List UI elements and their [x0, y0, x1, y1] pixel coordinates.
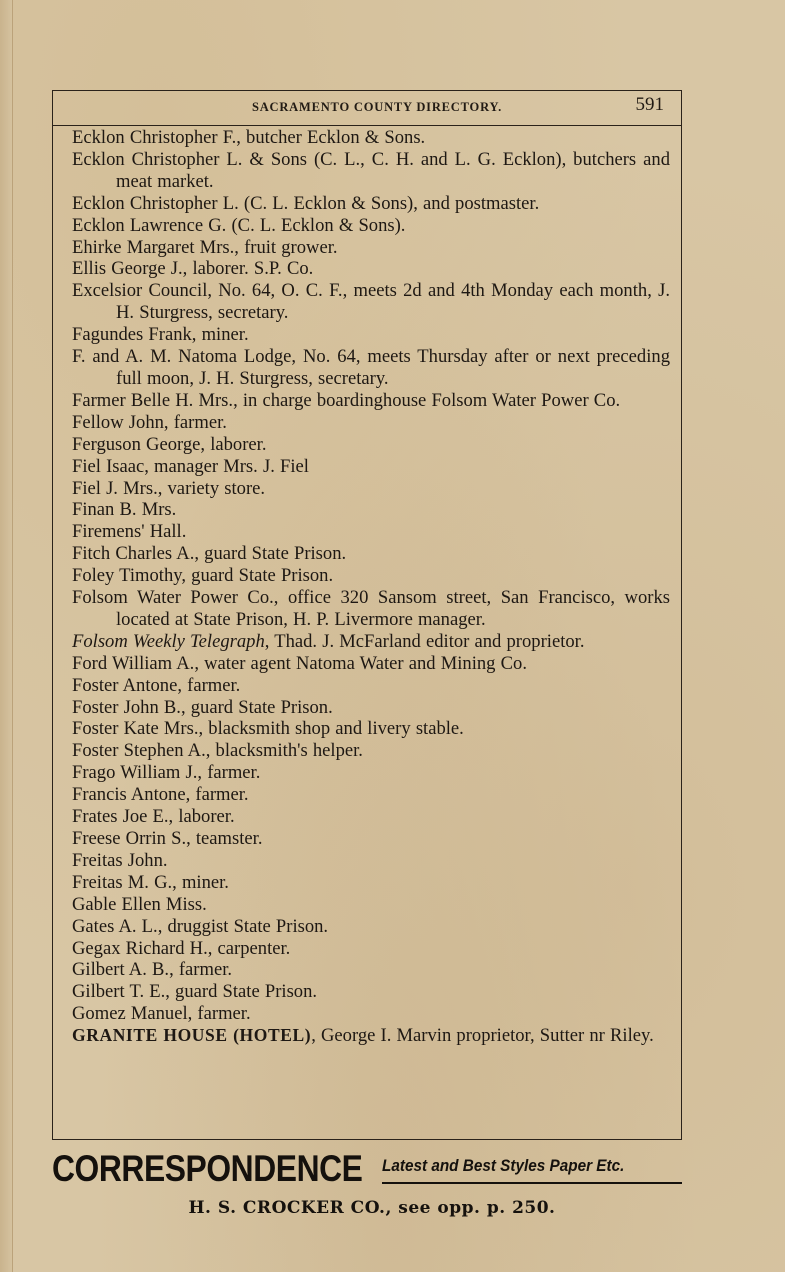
directory-entry: F. and A. M. Natoma Lodge, No. 64, meets…	[72, 346, 670, 390]
ad-subline: H. S. CROCKER CO., see opp. p. 250.	[52, 1198, 692, 1218]
directory-entry: Freitas M. G., miner.	[72, 872, 670, 894]
directory-entry: Ferguson George, laborer.	[72, 434, 670, 456]
directory-entry: Fagundes Frank, miner.	[72, 324, 670, 346]
running-head: Sacramento County Directory. 591	[52, 90, 682, 126]
directory-entry: Gilbert A. B., farmer.	[72, 959, 670, 981]
directory-entry: Fellow John, farmer.	[72, 412, 670, 434]
directory-entry: Foster John B., guard State Prison.	[72, 697, 670, 719]
directory-entry: Folsom Weekly Telegraph, Thad. J. McFarl…	[72, 631, 670, 653]
directory-entry: Farmer Belle H. Mrs., in charge boarding…	[72, 390, 670, 412]
directory-entry: Frates Joe E., laborer.	[72, 806, 670, 828]
directory-entry: Gable Ellen Miss.	[72, 894, 670, 916]
directory-entry: Fiel J. Mrs., variety store.	[72, 478, 670, 500]
running-title: Sacramento County Directory.	[52, 100, 682, 115]
advertisement-footer: CORRESPONDENCE Latest and Best Styles Pa…	[52, 1148, 692, 1238]
directory-entry: Foley Timothy, guard State Prison.	[72, 565, 670, 587]
directory-entries: Ecklon Christopher F., butcher Ecklon & …	[72, 127, 670, 1047]
ad-underline-rule	[382, 1182, 682, 1184]
directory-entry: Finan B. Mrs.	[72, 499, 670, 521]
directory-entry: Ecklon Christopher L. & Sons (C. L., C. …	[72, 149, 670, 193]
directory-entry: Folsom Water Power Co., office 320 Sanso…	[72, 587, 670, 631]
directory-entry: Foster Kate Mrs., blacksmith shop and li…	[72, 718, 670, 740]
directory-entry: GRANITE HOUSE (HOTEL), George I. Marvin …	[72, 1025, 670, 1047]
directory-entry: Freitas John.	[72, 850, 670, 872]
directory-entry: Firemens' Hall.	[72, 521, 670, 543]
directory-entry: Foster Antone, farmer.	[72, 675, 670, 697]
directory-entry: Ford William A., water agent Natoma Wate…	[72, 653, 670, 675]
directory-entry: Gilbert T. E., guard State Prison.	[72, 981, 670, 1003]
directory-entry: Fiel Isaac, manager Mrs. J. Fiel	[72, 456, 670, 478]
directory-entry: Freese Orrin S., teamster.	[72, 828, 670, 850]
directory-entry: Gates A. L., druggist State Prison.	[72, 916, 670, 938]
directory-entry: Gomez Manuel, farmer.	[72, 1003, 670, 1025]
directory-entry: Ecklon Lawrence G. (C. L. Ecklon & Sons)…	[72, 215, 670, 237]
newspaper-title: Folsom Weekly Telegraph	[72, 631, 265, 652]
directory-entry: Fitch Charles A., guard State Prison.	[72, 543, 670, 565]
business-name: GRANITE HOUSE (HOTEL)	[72, 1025, 311, 1045]
directory-entry: Frago William J., farmer.	[72, 762, 670, 784]
directory-entry: Ecklon Christopher F., butcher Ecklon & …	[72, 127, 670, 149]
ad-headline: CORRESPONDENCE	[52, 1148, 362, 1190]
directory-entry: Excelsior Council, No. 64, O. C. F., mee…	[72, 280, 670, 324]
page-number: 591	[636, 94, 665, 116]
page-binding-edge	[0, 0, 13, 1272]
directory-entry: Gegax Richard H., carpenter.	[72, 938, 670, 960]
directory-entry: Ellis George J., laborer. S.P. Co.	[72, 258, 670, 280]
directory-entry: Ehirke Margaret Mrs., fruit grower.	[72, 237, 670, 259]
directory-entry: Foster Stephen A., blacksmith's helper.	[72, 740, 670, 762]
directory-entry: Francis Antone, farmer.	[72, 784, 670, 806]
ad-tagline: Latest and Best Styles Paper Etc.	[382, 1156, 624, 1176]
directory-entry: Ecklon Christopher L. (C. L. Ecklon & So…	[72, 193, 670, 215]
